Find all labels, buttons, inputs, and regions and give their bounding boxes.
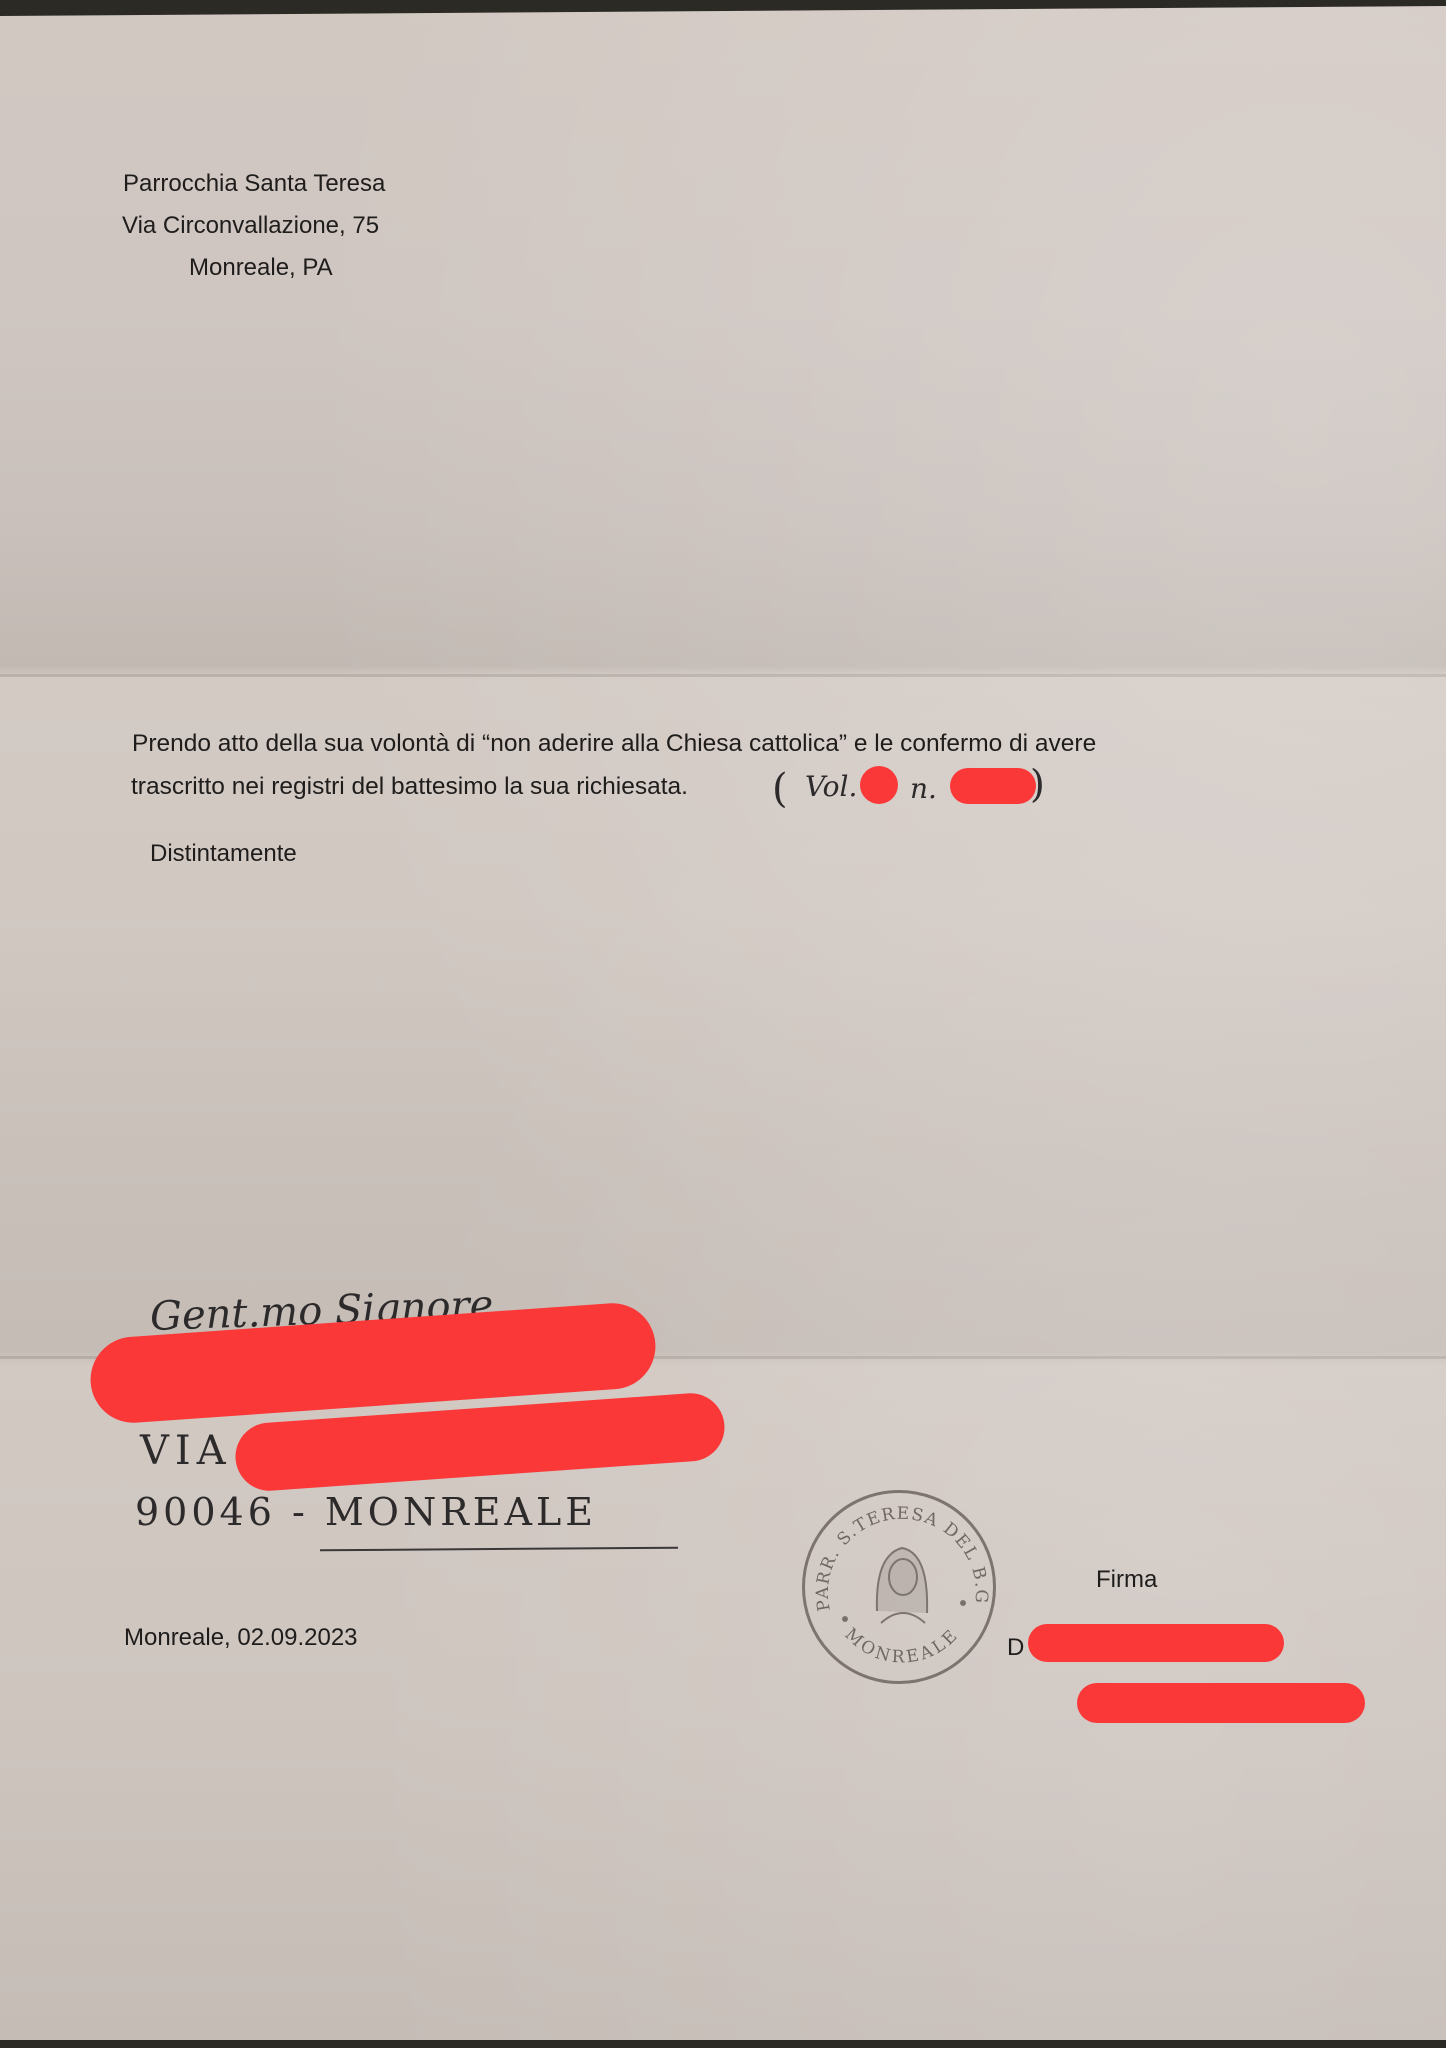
signer-initial: D	[1007, 1636, 1024, 1660]
letterhead-parish-name: Parrocchia Santa Teresa	[123, 172, 385, 196]
annotation-vol-label: Vol.	[805, 770, 857, 803]
recipient-street-prefix: VIA	[140, 1428, 232, 1474]
redaction-signature	[1077, 1683, 1365, 1723]
saint-portrait-icon	[843, 1548, 965, 1623]
stamp-graphic: PARR. S.TERESA DEL B.G. MONREALE	[805, 1493, 999, 1687]
body-paragraph-line1: Prendo atto della sua volontà di “non ad…	[132, 732, 1096, 757]
fold-line-upper	[0, 674, 1446, 677]
redaction-volume-number	[860, 766, 898, 804]
letter-paper	[0, 6, 1446, 2040]
signature-label: Firma	[1096, 1568, 1157, 1592]
annotation-open-paren: (	[772, 766, 788, 812]
annotation-n-label: n.	[910, 772, 937, 805]
closing-salutation: Distintamente	[150, 842, 297, 866]
redaction-signer-name	[1028, 1624, 1284, 1662]
svg-text:MONREALE: MONREALE	[841, 1624, 964, 1667]
recipient-city-line: 90046 - MONREALE	[135, 1490, 597, 1534]
letterhead-city: Monreale, PA	[189, 256, 333, 280]
place-and-date: Monreale, 02.09.2023	[124, 1626, 358, 1650]
annotation-close-paren: )	[1030, 762, 1045, 806]
body-paragraph-line2: trascritto nei registri del battesimo la…	[131, 775, 688, 800]
letterhead-street: Via Circonvallazione, 75	[122, 214, 379, 238]
redaction-record-number	[950, 768, 1036, 804]
parish-stamp: PARR. S.TERESA DEL B.G. MONREALE	[802, 1490, 996, 1684]
